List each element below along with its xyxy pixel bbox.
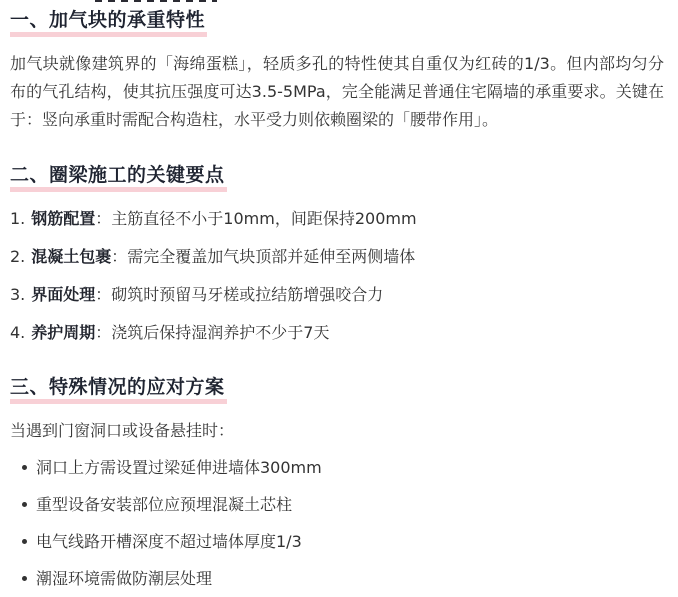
section-3-heading: 三、特殊情况的应对方案 xyxy=(10,376,664,404)
item-number: 1. xyxy=(10,209,25,228)
section-3-heading-text: 三、特殊情况的应对方案 xyxy=(10,376,227,404)
section-2-heading: 二、圈梁施工的关键要点 xyxy=(10,164,664,192)
item-label: 混凝土包裹 xyxy=(31,247,111,266)
item-number: 2. xyxy=(10,247,25,266)
section-1-heading: 一、加气块的承重特性 xyxy=(10,9,664,37)
bullet-text: 洞口上方需设置过梁延伸进墙体300mm xyxy=(36,458,322,477)
item-text: 需完全覆盖加气块顶部并延伸至两侧墙体 xyxy=(127,247,415,266)
item-label: 养护周期 xyxy=(31,323,95,342)
cropped-text-remnant xyxy=(95,0,217,2)
bullet-text: 潮湿环境需做防潮层处理 xyxy=(36,569,212,588)
bullet-dot-icon xyxy=(22,576,27,581)
item-text: 主筋直径不小于10mm，间距保持200mm xyxy=(111,209,416,228)
item-label: 钢筋配置 xyxy=(31,209,95,228)
item-separator: ： xyxy=(95,323,111,342)
bullet-text: 重型设备安装部位应预埋混凝土芯柱 xyxy=(36,495,292,514)
bullet-item-lintel: 洞口上方需设置过梁延伸进墙体300mm xyxy=(10,457,664,479)
item-separator: ： xyxy=(111,247,127,266)
bullet-list: 洞口上方需设置过梁延伸进墙体300mm 重型设备安装部位应预埋混凝土芯柱 电气线… xyxy=(10,457,664,590)
item-separator: ： xyxy=(95,285,111,304)
document-page: 一、加气块的承重特性 加气块就像建筑界的「海绵蛋糕」，轻质多孔的特性使其自重仅为… xyxy=(0,0,678,597)
section-1-paragraph: 加气块就像建筑界的「海绵蛋糕」，轻质多孔的特性使其自重仅为红砖的1/3。但内部均… xyxy=(10,50,664,134)
item-label: 界面处理 xyxy=(31,285,95,304)
item-number: 4. xyxy=(10,323,25,342)
numbered-item-curing: 4.养护周期：浇筑后保持湿润养护不少于7天 xyxy=(10,322,664,344)
bullet-dot-icon xyxy=(22,539,27,544)
item-text: 砌筑时预留马牙槎或拉结筋增强咬合力 xyxy=(111,285,383,304)
numbered-item-interface: 3.界面处理：砌筑时预留马牙槎或拉结筋增强咬合力 xyxy=(10,284,664,306)
bullet-item-core-column: 重型设备安装部位应预埋混凝土芯柱 xyxy=(10,494,664,516)
bullet-dot-icon xyxy=(22,465,27,470)
bullet-dot-icon xyxy=(22,502,27,507)
bullet-item-electrical-chase: 电气线路开槽深度不超过墙体厚度1/3 xyxy=(10,531,664,553)
bullet-item-damp-proof: 潮湿环境需做防潮层处理 xyxy=(10,568,664,590)
item-number: 3. xyxy=(10,285,25,304)
item-separator: ： xyxy=(95,209,111,228)
section-special-cases: 三、特殊情况的应对方案 当遇到门窗洞口或设备悬挂时： 洞口上方需设置过梁延伸进墙… xyxy=(10,376,664,590)
item-text: 浇筑后保持湿润养护不少于7天 xyxy=(111,323,329,342)
section-1-heading-text: 一、加气块的承重特性 xyxy=(10,9,207,37)
numbered-item-concrete-wrap: 2.混凝土包裹：需完全覆盖加气块顶部并延伸至两侧墙体 xyxy=(10,246,664,268)
section-2-heading-text: 二、圈梁施工的关键要点 xyxy=(10,164,227,192)
numbered-item-rebar: 1.钢筋配置：主筋直径不小于10mm，间距保持200mm xyxy=(10,208,664,230)
section-ring-beam-key-points: 二、圈梁施工的关键要点 1.钢筋配置：主筋直径不小于10mm，间距保持200mm… xyxy=(10,164,664,344)
section-bearing-characteristics: 一、加气块的承重特性 加气块就像建筑界的「海绵蛋糕」，轻质多孔的特性使其自重仅为… xyxy=(10,9,664,134)
section-3-intro: 当遇到门窗洞口或设备悬挂时： xyxy=(10,420,664,442)
bullet-text: 电气线路开槽深度不超过墙体厚度1/3 xyxy=(36,532,302,551)
numbered-list: 1.钢筋配置：主筋直径不小于10mm，间距保持200mm 2.混凝土包裹：需完全… xyxy=(10,208,664,344)
